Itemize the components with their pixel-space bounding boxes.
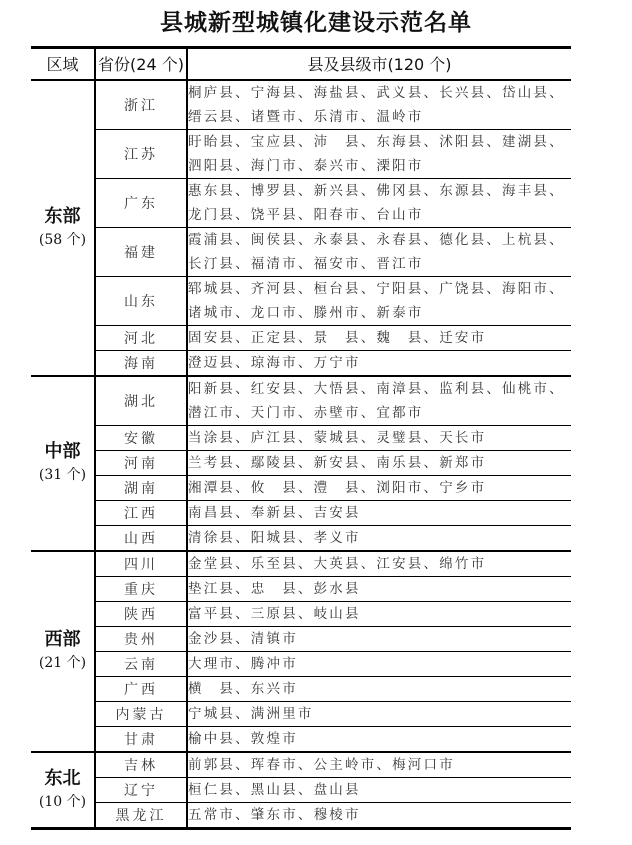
counties-cell: 宁城县、满洲里市 bbox=[187, 701, 571, 726]
table-row: 山西 清徐县、阳城县、孝义市 bbox=[31, 525, 571, 551]
table-row: 福建 霞浦县、闽侯县、永泰县、永春县、德化县、上杭县、长汀县、福清市、福安市、晋… bbox=[31, 227, 571, 276]
counties-cell: 霞浦县、闽侯县、永泰县、永春县、德化县、上杭县、长汀县、福清市、福安市、晋江市 bbox=[187, 227, 571, 276]
counties-cell: 桐庐县、宁海县、海盐县、武义县、长兴县、岱山县、缙云县、诸暨市、乐清市、温岭市 bbox=[187, 80, 571, 130]
table-row: 河北 固安县、正定县、景 县、魏 县、迁安市 bbox=[31, 325, 571, 350]
table-row: 广西 横 县、东兴市 bbox=[31, 676, 571, 701]
counties-cell: 五常市、肇东市、穆棱市 bbox=[187, 802, 571, 828]
counties-cell: 横 县、东兴市 bbox=[187, 676, 571, 701]
table-row: 湖南 湘潭县、攸 县、澧 县、浏阳市、宁乡市 bbox=[31, 475, 571, 500]
region-cell-northeast: 东北 (10 个) bbox=[31, 752, 95, 829]
document-title: 县城新型城镇化建设示范名单 bbox=[0, 4, 632, 37]
province-cell: 安徽 bbox=[95, 425, 187, 450]
table-header-row: 区域 省份(24 个) 县及县级市(120 个) bbox=[31, 48, 571, 80]
counties-cell: 湘潭县、攸 县、澧 县、浏阳市、宁乡市 bbox=[187, 475, 571, 500]
province-cell: 云南 bbox=[95, 651, 187, 676]
counties-cell: 前郭县、珲春市、公主岭市、梅河口市 bbox=[187, 752, 571, 778]
counties-cell: 垫江县、忠 县、彭水县 bbox=[187, 576, 571, 601]
table-row: 甘肃 榆中县、敦煌市 bbox=[31, 726, 571, 752]
header-region: 区域 bbox=[31, 48, 95, 80]
table-row: 中部 (31 个) 湖北 阳新县、红安县、大悟县、南漳县、监利县、仙桃市、潜江市… bbox=[31, 376, 571, 426]
province-cell: 黑龙江 bbox=[95, 802, 187, 828]
region-count: (21 个) bbox=[31, 652, 94, 674]
table-row: 山东 郓城县、齐河县、桓台县、宁阳县、广饶县、海阳市、诸城市、龙口市、滕州市、新… bbox=[31, 276, 571, 325]
region-name: 东北 bbox=[31, 767, 94, 791]
counties-cell: 金堂县、乐至县、大英县、江安县、绵竹市 bbox=[187, 551, 571, 577]
province-cell: 四川 bbox=[95, 551, 187, 577]
table-row: 广东 惠东县、博罗县、新兴县、佛冈县、东源县、海丰县、龙门县、饶平县、阳春市、台… bbox=[31, 178, 571, 227]
region-count: (10 个) bbox=[31, 791, 94, 813]
counties-cell: 南昌县、奉新县、吉安县 bbox=[187, 500, 571, 525]
table-row: 西部 (21 个) 四川 金堂县、乐至县、大英县、江安县、绵竹市 bbox=[31, 551, 571, 577]
table-row: 江苏 盱眙县、宝应县、沛 县、东海县、沭阳县、建湖县、泗阳县、海门市、泰兴市、溧… bbox=[31, 129, 571, 178]
region-count: (58 个) bbox=[31, 229, 94, 251]
region-cell-west: 西部 (21 个) bbox=[31, 551, 95, 752]
province-cell: 河南 bbox=[95, 450, 187, 475]
province-cell: 吉林 bbox=[95, 752, 187, 778]
header-counties: 县及县级市(120 个) bbox=[187, 48, 571, 80]
region-name: 西部 bbox=[31, 628, 94, 652]
counties-cell: 郓城县、齐河县、桓台县、宁阳县、广饶县、海阳市、诸城市、龙口市、滕州市、新泰市 bbox=[187, 276, 571, 325]
province-cell: 贵州 bbox=[95, 626, 187, 651]
counties-cell: 阳新县、红安县、大悟县、南漳县、监利县、仙桃市、潜江市、天门市、赤壁市、宜都市 bbox=[187, 376, 571, 426]
region-name: 东部 bbox=[31, 205, 94, 229]
province-cell: 重庆 bbox=[95, 576, 187, 601]
table-row: 海南 澄迈县、琼海市、万宁市 bbox=[31, 350, 571, 376]
province-cell: 广东 bbox=[95, 178, 187, 227]
table-row: 黑龙江 五常市、肇东市、穆棱市 bbox=[31, 802, 571, 828]
table-row: 江西 南昌县、奉新县、吉安县 bbox=[31, 500, 571, 525]
province-cell: 河北 bbox=[95, 325, 187, 350]
province-cell: 山西 bbox=[95, 525, 187, 551]
province-cell: 广西 bbox=[95, 676, 187, 701]
province-cell: 辽宁 bbox=[95, 777, 187, 802]
table-row: 陕西 富平县、三原县、岐山县 bbox=[31, 601, 571, 626]
province-cell: 湖北 bbox=[95, 376, 187, 426]
province-cell: 山东 bbox=[95, 276, 187, 325]
counties-cell: 富平县、三原县、岐山县 bbox=[187, 601, 571, 626]
region-name: 中部 bbox=[31, 440, 94, 464]
table-row: 东部 (58 个) 浙江 桐庐县、宁海县、海盐县、武义县、长兴县、岱山县、缙云县… bbox=[31, 80, 571, 130]
counties-cell: 当涂县、庐江县、蒙城县、灵璧县、天长市 bbox=[187, 425, 571, 450]
table-row: 辽宁 桓仁县、黑山县、盘山县 bbox=[31, 777, 571, 802]
counties-cell: 固安县、正定县、景 县、魏 县、迁安市 bbox=[187, 325, 571, 350]
table-row: 河南 兰考县、鄢陵县、新安县、南乐县、新郑市 bbox=[31, 450, 571, 475]
province-cell: 海南 bbox=[95, 350, 187, 376]
table-row: 安徽 当涂县、庐江县、蒙城县、灵璧县、天长市 bbox=[31, 425, 571, 450]
province-cell: 湖南 bbox=[95, 475, 187, 500]
table-row: 云南 大理市、腾冲市 bbox=[31, 651, 571, 676]
table-row: 东北 (10 个) 吉林 前郭县、珲春市、公主岭市、梅河口市 bbox=[31, 752, 571, 778]
province-cell: 江西 bbox=[95, 500, 187, 525]
demonstration-list-table: 区域 省份(24 个) 县及县级市(120 个) 东部 (58 个) 浙江 桐庐… bbox=[31, 46, 571, 830]
counties-cell: 榆中县、敦煌市 bbox=[187, 726, 571, 752]
counties-cell: 桓仁县、黑山县、盘山县 bbox=[187, 777, 571, 802]
table-row: 重庆 垫江县、忠 县、彭水县 bbox=[31, 576, 571, 601]
table-row: 内蒙古 宁城县、满洲里市 bbox=[31, 701, 571, 726]
region-count: (31 个) bbox=[31, 464, 94, 486]
region-cell-east: 东部 (58 个) bbox=[31, 80, 95, 376]
table-row: 贵州 金沙县、清镇市 bbox=[31, 626, 571, 651]
province-cell: 福建 bbox=[95, 227, 187, 276]
counties-cell: 澄迈县、琼海市、万宁市 bbox=[187, 350, 571, 376]
counties-cell: 清徐县、阳城县、孝义市 bbox=[187, 525, 571, 551]
province-cell: 浙江 bbox=[95, 80, 187, 130]
province-cell: 江苏 bbox=[95, 129, 187, 178]
counties-cell: 兰考县、鄢陵县、新安县、南乐县、新郑市 bbox=[187, 450, 571, 475]
header-province: 省份(24 个) bbox=[95, 48, 187, 80]
counties-cell: 盱眙县、宝应县、沛 县、东海县、沭阳县、建湖县、泗阳县、海门市、泰兴市、溧阳市 bbox=[187, 129, 571, 178]
counties-cell: 大理市、腾冲市 bbox=[187, 651, 571, 676]
counties-cell: 金沙县、清镇市 bbox=[187, 626, 571, 651]
province-cell: 内蒙古 bbox=[95, 701, 187, 726]
province-cell: 甘肃 bbox=[95, 726, 187, 752]
counties-cell: 惠东县、博罗县、新兴县、佛冈县、东源县、海丰县、龙门县、饶平县、阳春市、台山市 bbox=[187, 178, 571, 227]
province-cell: 陕西 bbox=[95, 601, 187, 626]
region-cell-central: 中部 (31 个) bbox=[31, 376, 95, 551]
